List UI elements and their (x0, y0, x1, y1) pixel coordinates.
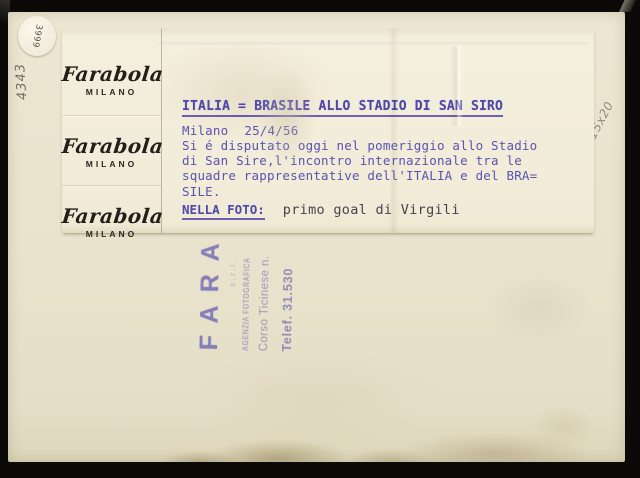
archive-sticker: 3999 (18, 16, 56, 56)
stamp-agency-name: FARA (192, 214, 228, 351)
agency-city: MILANO (62, 229, 161, 239)
agency-name: Farabola (61, 205, 162, 227)
typed-caption: ITALIA = BRASILE ALLO STADIO DI SAN SIRO… (162, 29, 594, 233)
caption-body-line: di San Sire,l'incontro internazionale tr… (182, 153, 594, 168)
rubber-stamp-text: FARA s.r.l. AGENZIA FOTOGRAFICA Corso Ti… (192, 214, 301, 352)
farabola-stamp: Farabola MILANO (62, 205, 161, 239)
stamp-address-line: Corso Ticinese n. (253, 215, 277, 351)
caption-body-line: SILE. (182, 184, 594, 199)
dateline-date: 25/4/56 (244, 123, 298, 138)
label-seam (62, 115, 161, 116)
agency-name: Farabola (61, 135, 162, 157)
photo-back-card: 3999 4343 15x20 Farabola MILANO Farabola… (8, 12, 625, 462)
photo-description-row: NELLA FOTO:primo goal di Virgili (182, 200, 594, 219)
caption-title: ITALIA = BRASILE ALLO STADIO DI SAN SIRO (182, 99, 503, 117)
dateline-city: Milano (182, 123, 228, 138)
pencil-archive-number: 4343 (12, 55, 31, 100)
photo-label: NELLA FOTO: (182, 202, 265, 220)
caption-dateline: Milano25/4/56 (182, 123, 594, 138)
photo-description: primo goal di Virgili (283, 202, 460, 218)
scan-corner-highlight (610, 0, 640, 12)
caption-body-line: Si é disputato oggi nel pomeriggio allo … (182, 138, 594, 153)
farabola-stamp: Farabola MILANO (62, 63, 161, 97)
stamp-phone-line: Telef. 31.530 (275, 215, 301, 351)
archive-sticker-number: 3999 (30, 23, 44, 48)
label-seam (62, 185, 161, 186)
agency-city: MILANO (62, 87, 161, 97)
agency-name: Farabola (61, 63, 162, 85)
agency-city: MILANO (62, 159, 161, 169)
farabola-stamp: Farabola MILANO (62, 135, 161, 169)
farabola-stamp-strip: Farabola MILANO Farabola MILANO Farabola… (62, 29, 162, 233)
stamp-agency-line: AGENZIA FOTOGRAFICA (238, 239, 255, 351)
caption-body-line: squadre rappresentative dell'ITALIA e de… (182, 168, 594, 183)
caption-label: Farabola MILANO Farabola MILANO Farabola… (62, 29, 594, 233)
